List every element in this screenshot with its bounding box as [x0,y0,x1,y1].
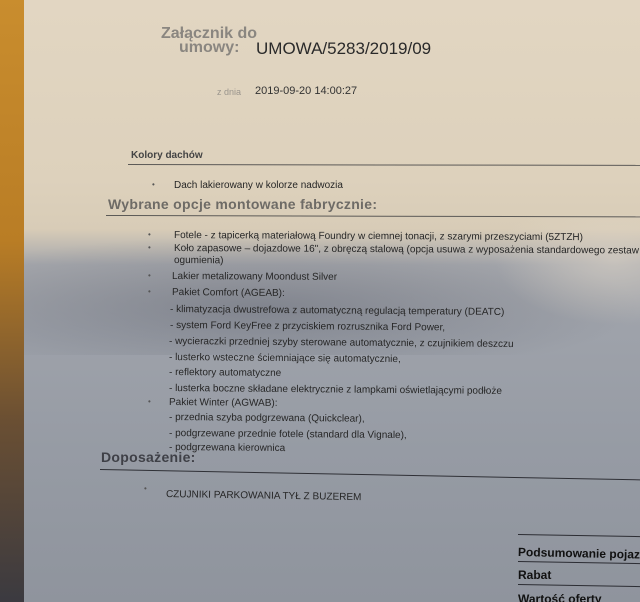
date-label: z dnia [217,87,241,97]
table-border [518,584,640,587]
table-border [518,561,640,564]
bullet: • [148,243,151,252]
list-item: - lusterka boczne składane elektrycznie … [169,383,502,397]
summary-row-discount: Rabat [518,568,551,582]
list-item: - podgrzewane przednie fotele (standard … [169,428,407,441]
divider [100,469,640,481]
date-value: 2019-09-20 14:00:27 [255,85,357,97]
list-item: ogumienia) [174,255,224,266]
desk-background [0,0,26,602]
summary-row-offer-value: Wartość oferty [518,592,602,602]
summary-row-vehicle: Podsumowanie pojaz [518,545,640,562]
list-item: Pakiet Comfort (AGEAB): [172,287,285,299]
bullet: • [152,180,155,189]
contract-number: UMOWA/5283/2019/09 [256,39,431,59]
list-item: - reflektory automatyczne [169,367,281,379]
table-border [518,534,640,537]
bullet: • [148,230,151,239]
list-item: Fotele - z tapicerką materiałową Foundry… [174,230,583,243]
divider [128,164,640,166]
list-item: Dach lakierowany w kolorze nadwozia [174,180,343,191]
bullet: • [148,287,151,296]
bullet: • [144,484,147,493]
list-item: Pakiet Winter (AGWAB): [169,397,278,409]
bullet: • [148,397,151,406]
list-item: - lusterko wsteczne ściemniające się aut… [169,352,401,365]
divider [106,215,640,217]
bullet: • [148,271,151,280]
contract-label: umowy: [179,39,239,57]
list-item: - przednia szyba podgrzewana (Quickclear… [169,412,365,425]
document-page: Załącznik do umowy: UMOWA/5283/2019/09 z… [24,0,640,602]
list-item: CZUJNIKI PARKOWANIA TYŁ Z BUZEREM [166,489,362,503]
section-title-factory-options: Wybrane opcje montowane fabrycznie: [108,196,377,212]
list-item: Lakier metalizowany Moondust Silver [172,271,337,283]
section-title-accessories: Doposażenie: [101,449,196,465]
section-title-roof-colors: Kolory dachów [131,150,203,161]
